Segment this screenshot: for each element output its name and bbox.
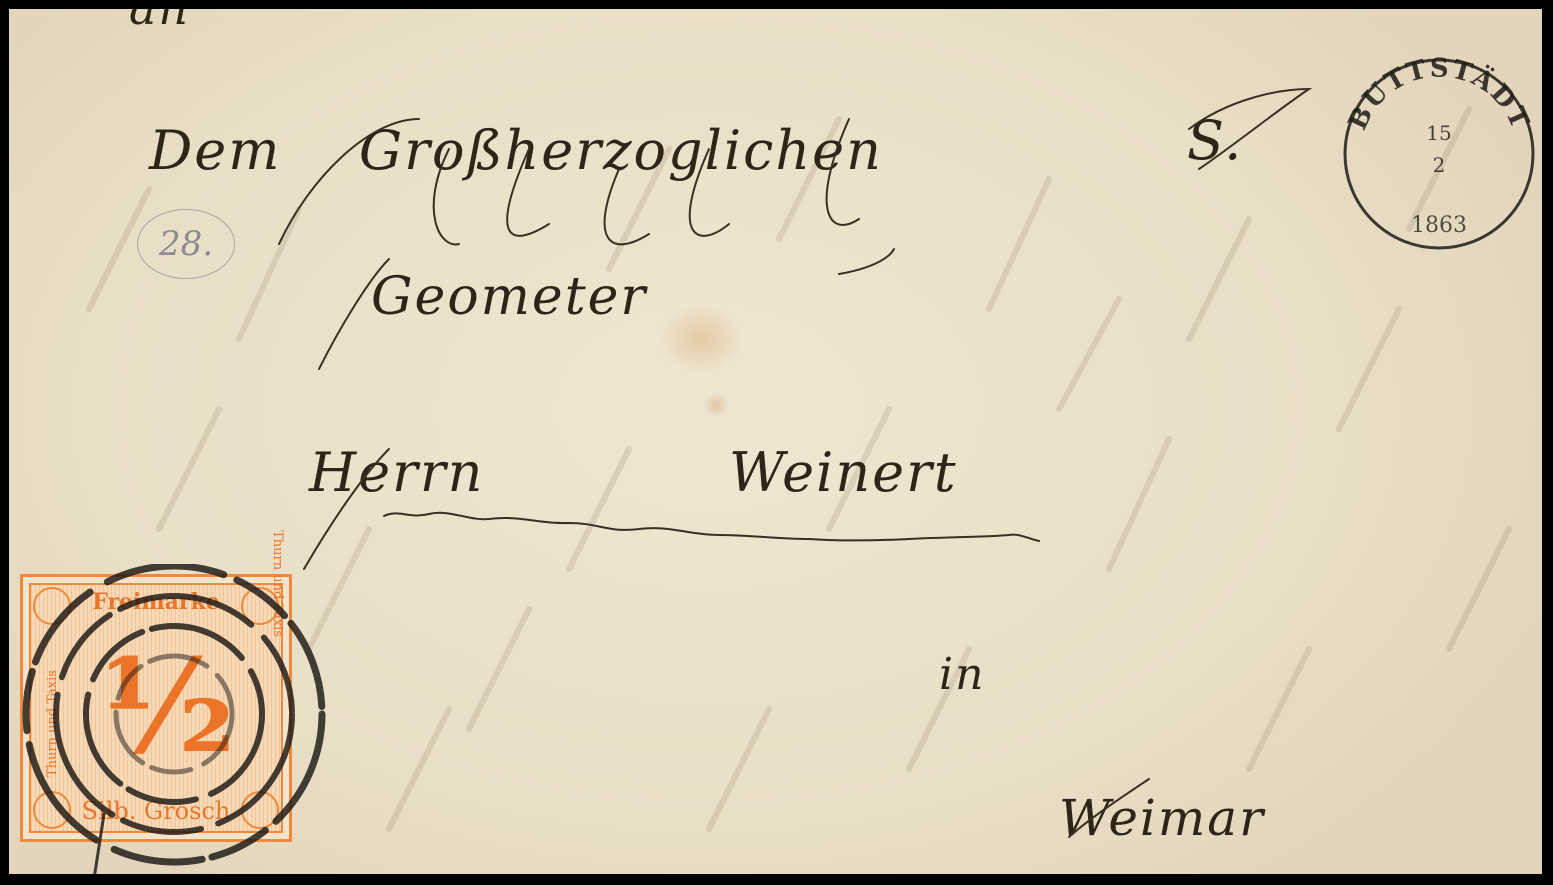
pencil-number: 28. <box>159 224 213 264</box>
address-line-preposition: in <box>939 649 985 700</box>
stamp-side-text-right: Thurn und Taxis <box>270 530 285 637</box>
stamp-top-text: Freimarke <box>23 589 289 615</box>
postage-stamp: Freimarke Thurn und Taxis Thurn und Taxi… <box>20 574 292 842</box>
address-line-destination: Weimar <box>1059 789 1265 847</box>
postmark-day: 15 <box>1426 121 1451 145</box>
address-line-title: Großherzoglichen <box>359 119 883 182</box>
postal-cover: an Dem Großherzoglichen S. Geometer Herr… <box>9 9 1542 874</box>
stamp-side-text-left: Thurn und Taxis <box>45 670 60 777</box>
address-line-occupation: Geometer <box>371 267 647 327</box>
stamp-currency: Silb. Grosch <box>23 797 289 825</box>
postmark-month: 2 <box>1433 153 1446 177</box>
stamp-value: ½ <box>93 637 243 777</box>
postmark-year: 1863 <box>1411 213 1467 238</box>
address-fragment-top: an <box>129 9 190 35</box>
address-line-abbrev: S. <box>1187 109 1243 172</box>
address-line-honorific: Herrn <box>309 441 484 504</box>
circular-postmark: BUTTSTÄDT 15 2 1863 <box>1339 54 1539 254</box>
address-line-name: Weinert <box>729 441 958 504</box>
pencil-notation: 28. <box>137 209 235 279</box>
address-salutation: Dem <box>149 119 281 182</box>
